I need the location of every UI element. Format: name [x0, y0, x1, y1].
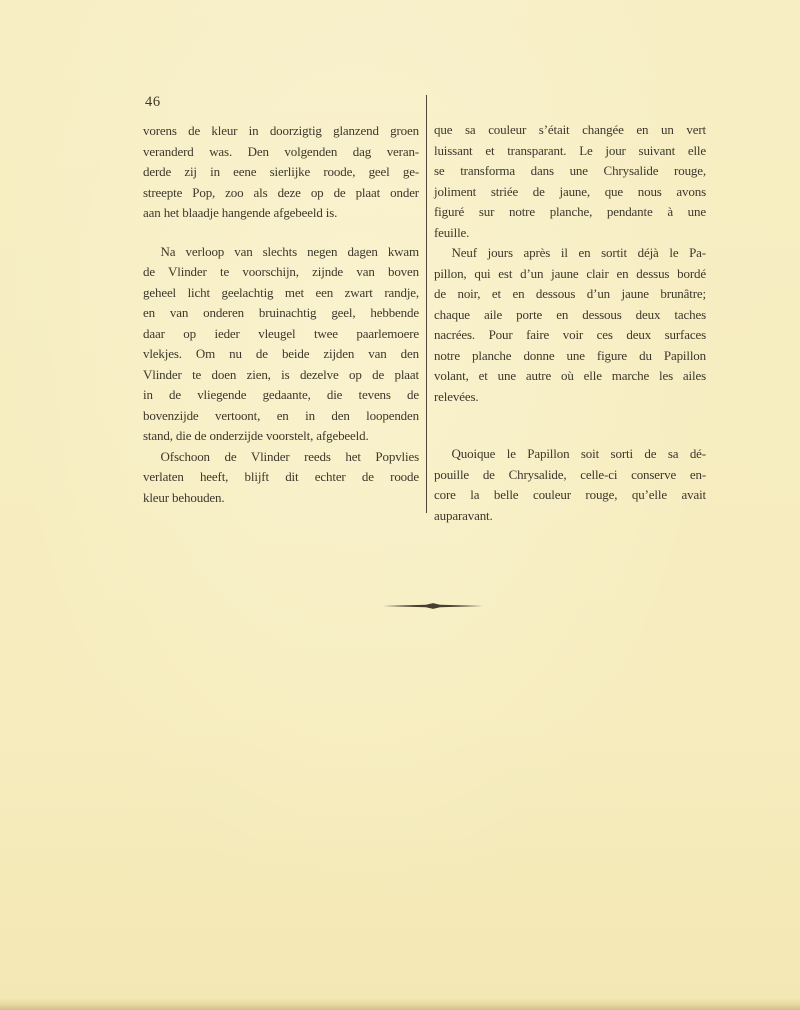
text-line: volant, et une autre où elle marche les …	[434, 366, 706, 387]
text-line: veranderd was. Den volgenden dag veran-	[143, 142, 419, 163]
text-line: vorens de kleur in doorzigtig glanzend g…	[143, 121, 419, 142]
text-line: Neuf jours après il en sortit déjà le Pa…	[434, 243, 706, 264]
text-line: in de vliegende gedaante, die tevens de	[143, 385, 419, 406]
text-line: en van onderen bruinachtig geel, hebbend…	[143, 303, 419, 324]
text-line: streepte Pop, zoo als deze op de plaat o…	[143, 183, 419, 204]
text-line: figuré sur notre planche, pendante à une	[434, 202, 706, 223]
french-text-column: que sa couleur s’était changée en un ver…	[434, 120, 706, 526]
text-line: de noir, et en dessous d’un jaune brunât…	[434, 284, 706, 305]
text-line: aan het blaadje hangende afgebeeld is.	[143, 203, 419, 224]
text-line: pouille de Chrysalide, celle-ci conserve…	[434, 465, 706, 486]
text-line: nacrées. Pour faire voir ces deux surfac…	[434, 325, 706, 346]
text-line: bovenzijde vertoont, en in den loopenden	[143, 406, 419, 427]
section-divider-ornament	[383, 601, 483, 611]
text-line: chaque aile porte en dessous deux taches	[434, 305, 706, 326]
column-divider-rule	[426, 95, 427, 513]
paragraph: Neuf jours après il en sortit déjà le Pa…	[434, 243, 706, 407]
text-line: se transforma dans une Chrysalide rouge,	[434, 161, 706, 182]
paragraph: vorens de kleur in doorzigtig glanzend g…	[143, 121, 419, 224]
dutch-text-column: vorens de kleur in doorzigtig glanzend g…	[143, 121, 419, 508]
text-line: joliment striée de jaune, que nous avons	[434, 182, 706, 203]
text-line: que sa couleur s’était changée en un ver…	[434, 120, 706, 141]
paragraph: Quoique le Papillon soit sorti de sa dé-…	[434, 444, 706, 526]
paragraph: Ofschoon de Vlinder reeds het Popvliesve…	[143, 447, 419, 509]
text-line: geheel licht geelachtig met een zwart ra…	[143, 283, 419, 304]
page-bottom-edge-shadow	[0, 998, 800, 1010]
text-line: luissant et transparant. Le jour suivant…	[434, 141, 706, 162]
text-line: kleur behouden.	[143, 488, 419, 509]
text-line: daar op ieder vleugel twee paarlemoere	[143, 324, 419, 345]
text-line: core la belle couleur rouge, qu’elle ava…	[434, 485, 706, 506]
paragraph: Na verloop van slechts negen dagen kwamd…	[143, 242, 419, 447]
text-line: Quoique le Papillon soit sorti de sa dé-	[434, 444, 706, 465]
text-line: pillon, qui est d’un jaune clair en dess…	[434, 264, 706, 285]
text-line: stand, die de onderzijde voorstelt, afge…	[143, 426, 419, 447]
text-line: relevées.	[434, 387, 706, 408]
text-line: vlekjes. Om nu de beide zijden van den	[143, 344, 419, 365]
text-line: Na verloop van slechts negen dagen kwam	[143, 242, 419, 263]
text-line: verlaten heeft, blijft dit echter de roo…	[143, 467, 419, 488]
text-line: de Vlinder te voorschijn, zijnde van bov…	[143, 262, 419, 283]
text-line: notre planche donne une figure du Papill…	[434, 346, 706, 367]
paragraph: que sa couleur s’était changée en un ver…	[434, 120, 706, 243]
text-line: Vlinder te doen zien, is dezelve op de p…	[143, 365, 419, 386]
text-line: feuille.	[434, 223, 706, 244]
page-number: 46	[145, 94, 161, 111]
text-line: auparavant.	[434, 506, 706, 527]
text-line: Ofschoon de Vlinder reeds het Popvlies	[143, 447, 419, 468]
book-page: 46 vorens de kleur in doorzigtig glanzen…	[0, 0, 800, 1010]
text-line: derde zij in eene sierlijke roode, geel …	[143, 162, 419, 183]
